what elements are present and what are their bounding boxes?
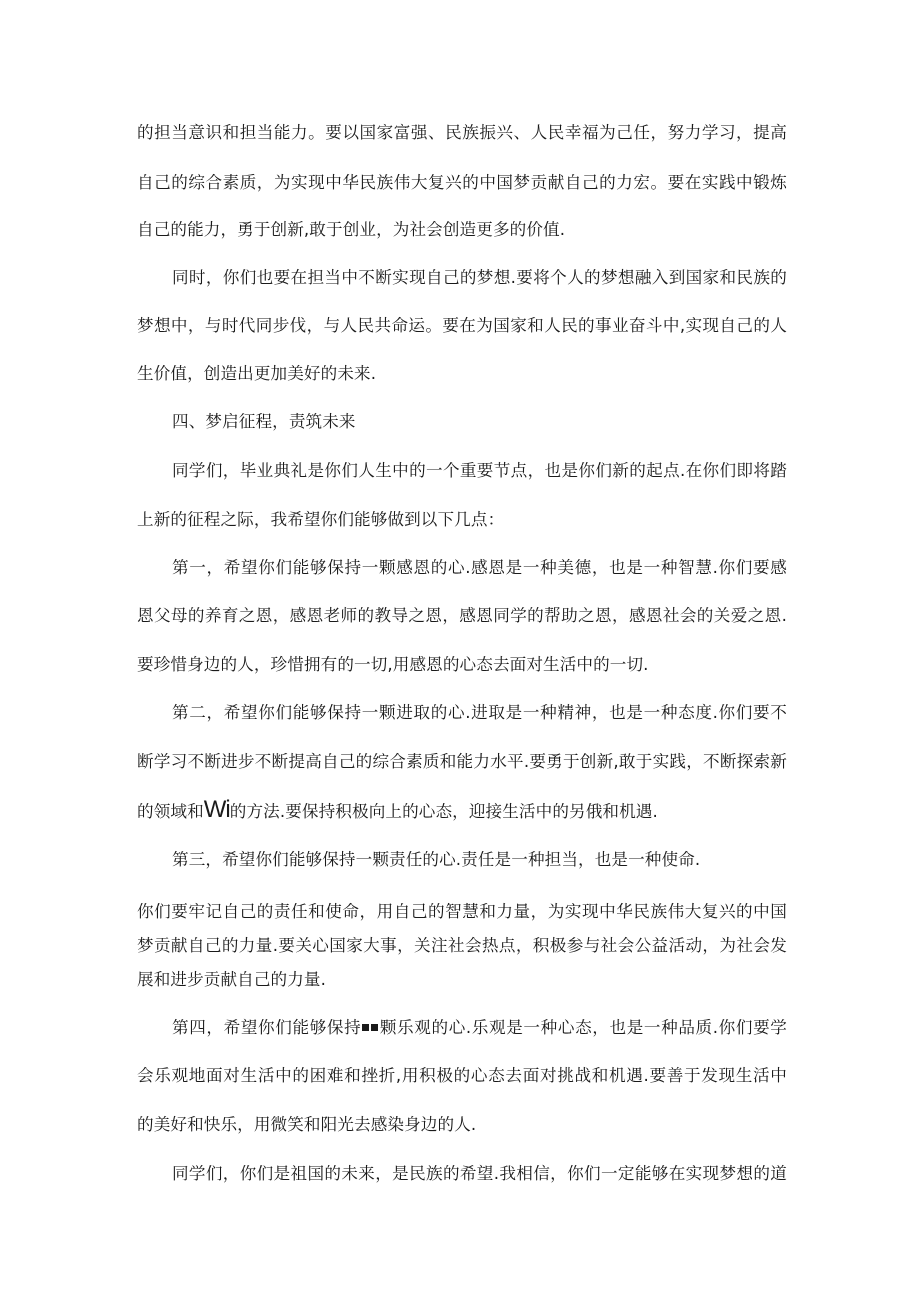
paragraph-line: 同学们，你们是祖国的未来，是民族的希望.我相信，你们一定能够在实现梦想的道 bbox=[172, 1163, 787, 1185]
paragraph-line: 的担当意识和担当能力。要以国家富强、民族振兴、人民幸福为己任，努力学习，提高 bbox=[137, 122, 787, 144]
paragraph-line: 第四，希望你们能够保持颗乐观的心.乐观是一种心态，也是一种品质.你们要学 bbox=[172, 1017, 787, 1039]
missing-glyph-icon bbox=[362, 1024, 369, 1031]
paragraph-line: 断学习不断进步不断提高自己的综合素质和能力水平.要勇于创新,敢于实践，不断探索新 bbox=[137, 751, 787, 773]
line-text: 的领域和 bbox=[137, 802, 204, 821]
paragraph-line: 你们要牢记自己的责任和使命，用自己的智慧和力量，为实现中华民族伟大复兴的中国 bbox=[137, 901, 787, 923]
paragraph-line: 第三，希望你们能够保持一颗责任的心.责任是一种担当，也是一种使命. bbox=[172, 849, 787, 871]
line-text: 第四，希望你们能够保持 bbox=[172, 1018, 361, 1037]
paragraph-line: 自己的能力，勇于创新,敢于创业，为社会创造更多的价值. bbox=[137, 219, 787, 241]
ocr-artifact-text: Wi bbox=[204, 796, 230, 823]
paragraph-line: 同时，你们也要在担当中不断实现自己的梦想.要将个人的梦想融入到国家和民族的 bbox=[172, 267, 787, 289]
missing-glyph-icon bbox=[371, 1024, 378, 1031]
paragraph-line: 自己的综合素质，为实现中华民族伟大复兴的中国梦贡献自己的力宏。要在实践中锻炼 bbox=[137, 172, 787, 194]
paragraph-line: 上新的征程之际，我希望你们能够做到以下几点： bbox=[137, 509, 787, 531]
paragraph-line: 同学们，毕业典礼是你们人生中的一个重要节点，也是你们新的起点.在你们即将踏 bbox=[172, 460, 787, 482]
paragraph-line: 的美好和快乐，用微笑和阳光去感染身边的人. bbox=[137, 1114, 787, 1136]
paragraph-line: 第二，希望你们能够保持一颗进取的心.进取是一种精神，也是一种态度.你们要不 bbox=[172, 702, 787, 724]
section-heading: 四、梦启征程，责筑未来 bbox=[172, 411, 787, 433]
paragraph-line: 梦想中，与时代同步伐，与人民共命运。要在为国家和人民的事业奋斗中,实现自己的人 bbox=[137, 315, 787, 337]
paragraph-line: 第一，希望你们能够保持一颗感恩的心.感恩是一种美德，也是一种智慧.你们要感 bbox=[172, 557, 787, 579]
paragraph-line: 梦贡献自己的力量.要关心国家大事，关注社会热点，积极参与社会公益活动，为社会发 bbox=[137, 935, 787, 957]
line-text: 颗乐观的心.乐观是一种心态，也是一种品质.你们要学 bbox=[379, 1018, 787, 1037]
paragraph-line: 的领域和Wi的方法.要保持积极向上的心态，迎接生活中的另俄和机遇. bbox=[137, 799, 787, 821]
paragraph-line: 要珍惜身边的人，珍惜拥有的一切,用感恩的心态去面对生活中的一切. bbox=[137, 654, 787, 676]
paragraph-line: 生价值，创造出更加美好的未来. bbox=[137, 363, 787, 385]
paragraph-line: 恩父母的养育之恩，感恩老师的教导之恩，感恩同学的帮助之恩，感恩社会的关爱之恩. bbox=[137, 605, 787, 627]
paragraph-line: 会乐观地面对生活中的困难和挫折,用积极的心态去面对挑战和机遇.要善于发现生活中 bbox=[137, 1065, 787, 1087]
paragraph-line: 展和进步贡献自己的力量. bbox=[137, 969, 787, 991]
line-text: 的方法.要保持积极向上的心态，迎接生活中的另俄和机遇. bbox=[230, 802, 658, 821]
document-page: 的担当意识和担当能力。要以国家富强、民族振兴、人民幸福为己任，努力学习，提高 自… bbox=[0, 0, 920, 1301]
